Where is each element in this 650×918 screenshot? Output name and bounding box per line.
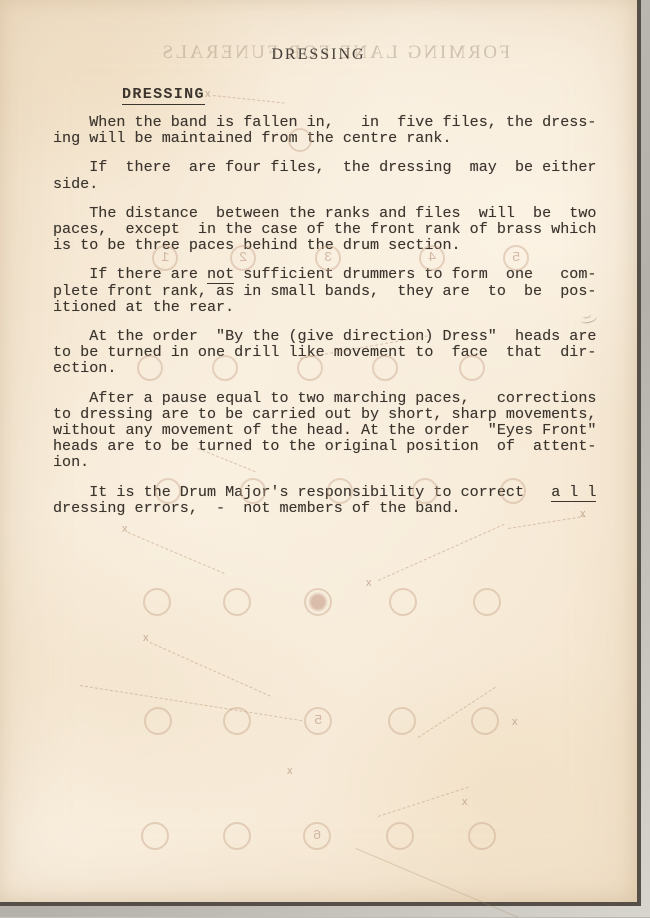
document-body: When the band is fallen in, in five file…: [53, 114, 596, 529]
bleedthrough-circle: 5: [503, 245, 529, 271]
bleedthrough-circle: [327, 478, 353, 504]
bleedthrough-circle: [144, 707, 172, 735]
bleedthrough-circle: 5: [304, 707, 332, 735]
bleedthrough-circle: [500, 478, 526, 504]
bleedthrough-circle: [223, 822, 251, 850]
bleedthrough-circle: [304, 588, 332, 616]
bleedthrough-digit: 5: [512, 250, 520, 266]
bleedthrough-digit: 1: [161, 250, 169, 266]
bleedthrough-dash-line: [213, 95, 285, 104]
bleedthrough-dash-line: [378, 524, 504, 581]
bleedthrough-circle: [412, 478, 438, 504]
paragraph: At the order "By the (give direction) Dr…: [53, 328, 596, 377]
bleedthrough-circle: [288, 128, 312, 152]
bleedthrough-circle: 4: [419, 245, 445, 271]
bleedthrough-digit: 6: [313, 828, 321, 844]
bleedthrough-circle: [459, 355, 485, 381]
bleedthrough-circle: [297, 355, 323, 381]
document-page: FORMING LANE FOR FUNERALS DRESSING DRESS…: [0, 0, 641, 906]
bleedthrough-x-mark: x: [205, 88, 211, 100]
bleedthrough-circle: 1: [152, 245, 178, 271]
bleedthrough-circle: [143, 588, 171, 616]
bleedthrough-circle: [223, 588, 251, 616]
bleedthrough-x-mark: x: [512, 716, 518, 728]
bleedthrough-circle: [468, 822, 496, 850]
bleedthrough-circle: [473, 588, 501, 616]
paragraph: If there are not sufficient drummers to …: [53, 266, 596, 315]
bleedthrough-circle: [388, 707, 416, 735]
bleedthrough-digit: 3: [324, 250, 332, 266]
bleedthrough-x-mark: x: [287, 765, 293, 777]
bleedthrough-circle: [372, 355, 398, 381]
section-heading: DRESSING: [122, 85, 205, 105]
bleedthrough-digit: 2: [239, 250, 247, 266]
bleedthrough-dash-line: [128, 532, 225, 574]
bleedthrough-dash-line: [80, 685, 302, 721]
page-title: DRESSING: [0, 46, 637, 64]
bleedthrough-digit: 5: [314, 713, 322, 729]
bleedthrough-circle: [389, 588, 417, 616]
bleedthrough-circle: [137, 355, 163, 381]
bleedthrough-circle: 2: [230, 245, 256, 271]
paper-crease: [356, 848, 518, 917]
bleedthrough-x-mark: x: [143, 632, 149, 644]
bleedthrough-x-mark: x: [366, 577, 372, 589]
bleedthrough-dash-line: [378, 787, 469, 817]
paragraph: After a pause equal to two marching pace…: [53, 390, 596, 471]
bleedthrough-dash-line: [150, 642, 271, 697]
bleedthrough-circle: 6: [303, 822, 331, 850]
bleedthrough-circle: [155, 478, 181, 504]
bleedthrough-circle: [240, 478, 266, 504]
bleedthrough-x-mark: x: [462, 796, 468, 808]
bleedthrough-circle: [212, 355, 238, 381]
paragraph: If there are four files, the dressing ma…: [53, 159, 596, 191]
bleedthrough-x-mark: x: [580, 508, 586, 520]
paragraph: When the band is fallen in, in five file…: [53, 114, 596, 146]
bleedthrough-x-mark: x: [122, 523, 128, 535]
bleedthrough-circle: [471, 707, 499, 735]
bleedthrough-digit: 4: [428, 250, 436, 266]
bleedthrough-circle: [386, 822, 414, 850]
bleedthrough-circle: [141, 822, 169, 850]
bleedthrough-circle: 3: [315, 245, 341, 271]
